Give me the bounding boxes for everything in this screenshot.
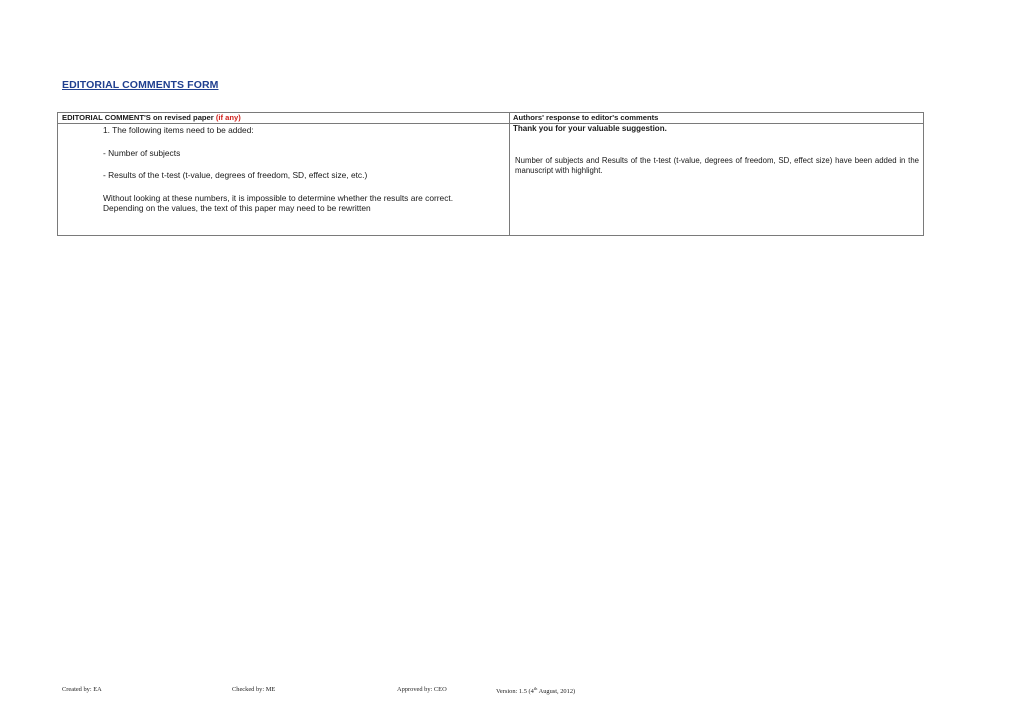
- form-title: EDITORIAL COMMENTS FORM: [62, 79, 219, 91]
- author-response-header: Authors' response to editor's comments: [509, 113, 923, 124]
- footer-created-by: Created by: EA: [62, 686, 102, 693]
- author-response-column: Authors' response to editor's comments T…: [509, 113, 923, 235]
- comment-item-t-test-results: - Results of the t-test (t-value, degree…: [103, 170, 509, 181]
- if-any-note: (if any): [216, 113, 241, 122]
- editor-comments-body: 1. The following items need to be added:…: [58, 124, 509, 214]
- editor-comments-column: EDITORIAL COMMENT'S on revised paper (if…: [58, 113, 510, 235]
- author-thanks: Thank you for your valuable suggestion.: [513, 124, 919, 134]
- editorial-comments-table: EDITORIAL COMMENT'S on revised paper (if…: [57, 112, 924, 236]
- version-prefix: Version: 1.5 (4: [496, 688, 534, 695]
- author-response-body: Thank you for your valuable suggestion. …: [509, 124, 923, 176]
- footer-approved-by: Approved by: CEO: [397, 686, 447, 693]
- author-response-text: Number of subjects and Results of the t-…: [513, 156, 919, 176]
- comment-item-intro: 1. The following items need to be added:: [103, 125, 509, 136]
- editor-comments-header: EDITORIAL COMMENT'S on revised paper (if…: [58, 113, 509, 124]
- editor-comments-header-label: EDITORIAL COMMENT'S on revised paper: [62, 113, 216, 122]
- comment-note-line-2: Depending on the values, the text of thi…: [103, 203, 509, 214]
- version-suffix: August, 2012): [537, 688, 575, 695]
- footer-version: Version: 1.5 (4th August, 2012): [496, 686, 575, 695]
- comment-note-line-1: Without looking at these numbers, it is …: [103, 193, 509, 204]
- comment-item-number-of-subjects: - Number of subjects: [103, 148, 509, 159]
- footer-checked-by: Checked by: ME: [232, 686, 275, 693]
